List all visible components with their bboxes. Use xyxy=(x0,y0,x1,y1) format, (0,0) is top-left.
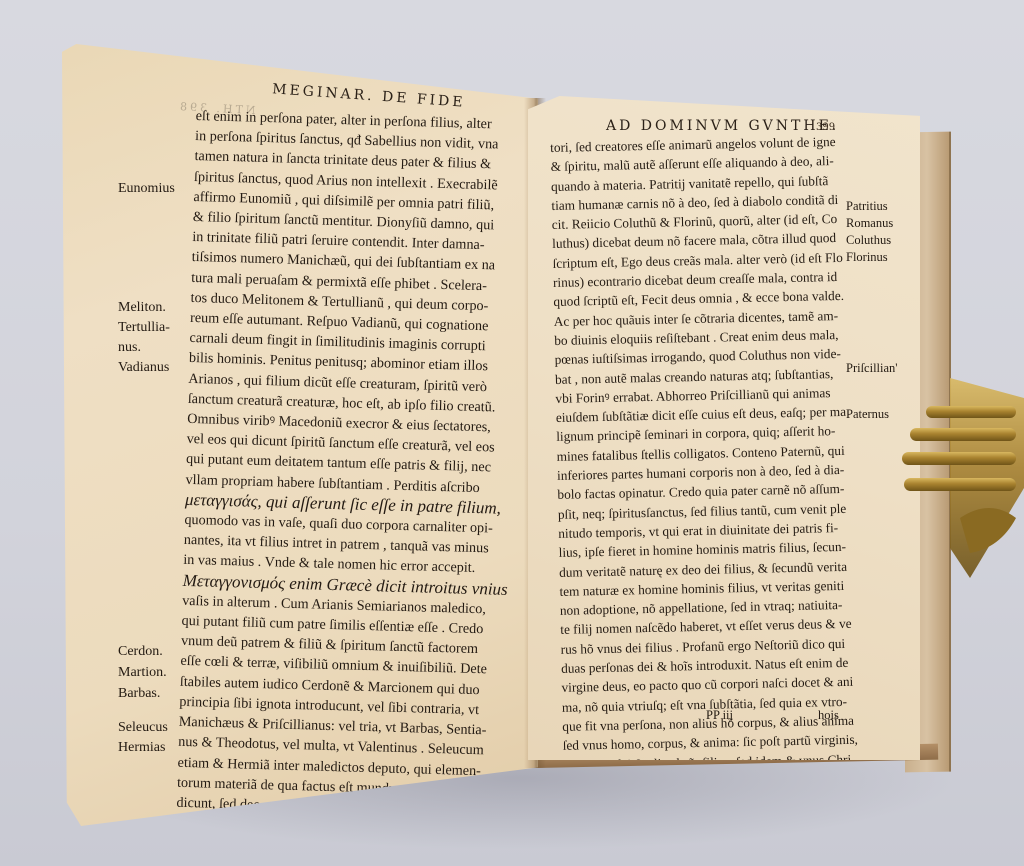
margin-note: Tertullia- xyxy=(118,319,170,337)
signature-mark: PP iij xyxy=(706,708,733,723)
running-head-right: AD DOMINVM GVNTHE. xyxy=(606,118,839,134)
right-page: AD DOMINVM GVNTHE. 399 PatritiusRomanusC… xyxy=(528,96,920,760)
margin-note: Barbas. xyxy=(118,685,160,703)
right-body-text: tori, ſed creatores eſſe animarũ angelos… xyxy=(550,132,864,833)
margin-note: Romanus xyxy=(846,215,893,232)
margin-note: Eunomius xyxy=(118,180,175,198)
margin-note: Hermias xyxy=(118,739,165,757)
margin-note: Vadianus xyxy=(118,359,169,377)
margin-note: Coluthus xyxy=(846,232,891,249)
margin-note: Martion. xyxy=(118,664,167,682)
margin-note: Seleucus xyxy=(118,719,168,737)
running-head-left: MEGINAR. DE FIDE xyxy=(272,81,466,110)
catchword: hois xyxy=(818,708,839,723)
margin-note: nus. xyxy=(118,339,141,357)
left-page: ŅTH. 398 MEGINAR. DE FIDE EunomiusMelito… xyxy=(62,44,538,826)
margin-note: Meliton. xyxy=(118,299,166,317)
margin-note: Cerdon. xyxy=(118,643,163,661)
brass-hand-clip-icon xyxy=(890,378,1024,588)
margin-note: Patritius xyxy=(846,198,888,215)
left-body-text: eſt enim in perſona pater, alter in perſ… xyxy=(176,106,526,842)
